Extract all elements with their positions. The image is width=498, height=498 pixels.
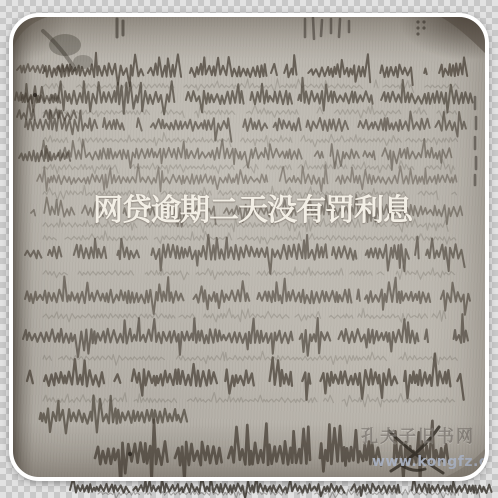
transparency-checkerboard: 网贷逾期二天没有罚利息 孔夫子旧书网 www.kongfz.com [0,0,498,498]
watermark-site-name: 孔夫子旧书网 [361,422,475,447]
watermark-site-url: www.kongfz.com [372,454,489,470]
overlay-title: 网贷逾期二天没有罚利息 [93,192,412,230]
manuscript-photo: 网贷逾期二天没有罚利息 孔夫子旧书网 www.kongfz.com [9,13,489,481]
manuscript-script-svg [13,17,485,477]
partial-next-image-strip [58,481,498,498]
